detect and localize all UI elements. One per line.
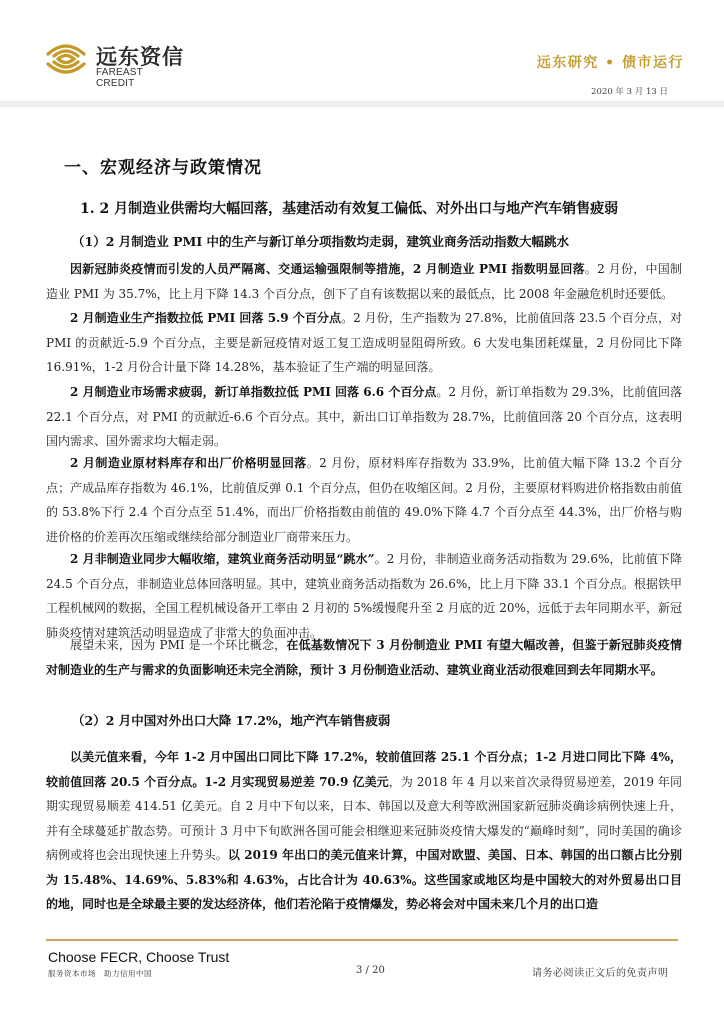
paragraph-production-lead: 2 月制造业生产指数拉低 PMI 回落 5.9 个百分点 xyxy=(70,311,341,325)
footer-rule xyxy=(46,939,678,941)
paragraph-inventory-prices: 2 月制造业原材料库存和出厂价格明显回落。2 月份，原材料库存指数为 33.9%… xyxy=(46,451,682,549)
subsection-1-title: （1）2 月制造业 PMI 中的生产与新订单分项指数均走弱，建筑业商务活动指数大… xyxy=(72,232,569,250)
section-subtitle: 1. 2 月制造业供需均大幅回落，基建活动有效复工偏低、对外出口与地产汽车销售疲… xyxy=(80,198,618,218)
header-divider xyxy=(0,101,724,107)
paragraph-outlook: 展望未来，因为 PMI 是一个环比概念，在低基数情况下 3 月份制造业 PMI … xyxy=(46,633,682,682)
page-number: 3 / 20 xyxy=(356,965,385,976)
paragraph-production: 2 月制造业生产指数拉低 PMI 回落 5.9 个百分点。2 月份，生产指数为 … xyxy=(46,306,682,380)
company-logo: 远东资信 FAREAST CREDIT xyxy=(44,40,184,80)
section-title: 一、宏观经济与政策情况 xyxy=(64,153,262,178)
page-header: 远东资信 FAREAST CREDIT 远东研究 • 债市运行 2020 年 3… xyxy=(0,0,724,110)
footer-slogan: Choose FECR, Choose Trust xyxy=(48,949,229,965)
paragraph-exports: 以美元值来看，今年 1-2 月中国出口同比下降 17.2%，较前值回落 25.1… xyxy=(46,745,682,917)
logo-english-name: FAREAST CREDIT xyxy=(96,67,184,89)
paragraph-inventory-lead: 2 月制造业原材料库存和出厂价格明显回落 xyxy=(70,456,307,470)
paragraph-pmi: 因新冠肺炎疫情而引发的人员严隔离、交通运输强限制等措施，2 月制造业 PMI 指… xyxy=(46,257,682,306)
subsection-2-title: （2）2 月中国对外出口大降 17.2%，地产汽车销售疲弱 xyxy=(72,711,390,729)
paragraph-nonmfg-lead: 2 月非制造业同步大幅收缩，建筑业商务活动明显“跳水” xyxy=(70,552,375,566)
paragraph-outlook-lead: 展望未来，因为 PMI 是一个环比概念， xyxy=(70,638,286,652)
disclaimer-note: 请务必阅读正文后的免责声明 xyxy=(532,964,669,979)
footer-subslogan: 服务资本市场 助力信用中国 xyxy=(48,968,152,979)
report-series: 远东研究 • 债市运行 xyxy=(537,52,684,72)
paragraph-pmi-lead: 因新冠肺炎疫情而引发的人员严隔离、交通运输强限制等措施，2 月制造业 PMI 指… xyxy=(70,262,585,276)
paragraph-demand: 2 月制造业市场需求疲弱，新订单指数拉低 PMI 回落 6.6 个百分点。2 月… xyxy=(46,380,682,454)
paragraph-demand-lead: 2 月制造业市场需求疲弱，新订单指数拉低 PMI 回落 6.6 个百分点 xyxy=(70,385,436,399)
report-date: 2020 年 3 月 13 日 xyxy=(591,85,668,97)
paragraph-non-manufacturing: 2 月非制造业同步大幅收缩，建筑业商务活动明显“跳水”。2 月份，非制造业商务活… xyxy=(46,547,682,645)
fareast-logo-icon xyxy=(44,42,88,76)
